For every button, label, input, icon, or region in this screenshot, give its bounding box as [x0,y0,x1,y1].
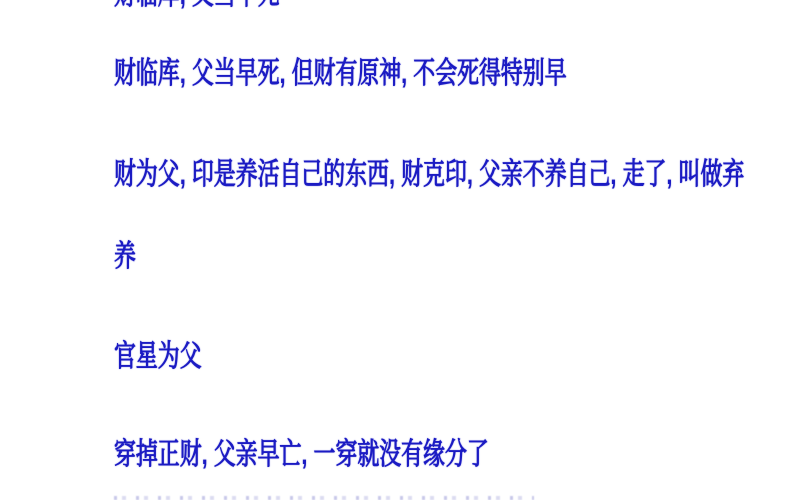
text-line-wrap-yang: 养 [114,240,136,274]
document-page: 财临库, 父当早死 财临库, 父当早死, 但财有原神, 不会死得特别早 财为父,… [0,0,800,500]
text-line-chuan-diao-zheng-cai: 穿掉正财, 父亲早亡, 一穿就没有缘分了 [114,438,489,472]
text-line-guan-xing-wei-fu: 官星为父 [114,340,202,374]
text-line-truncated-top: 财临库, 父当早死 [114,0,279,12]
text-line-cai-wei-fu: 财为父, 印是养活自己的东西, 财克印, 父亲不养自己, 走了, 叫做弃 [114,158,744,192]
truncated-next-line-top [114,496,534,500]
text-line-cai-lin-ku: 财临库, 父当早死, 但财有原神, 不会死得特别早 [114,57,567,91]
